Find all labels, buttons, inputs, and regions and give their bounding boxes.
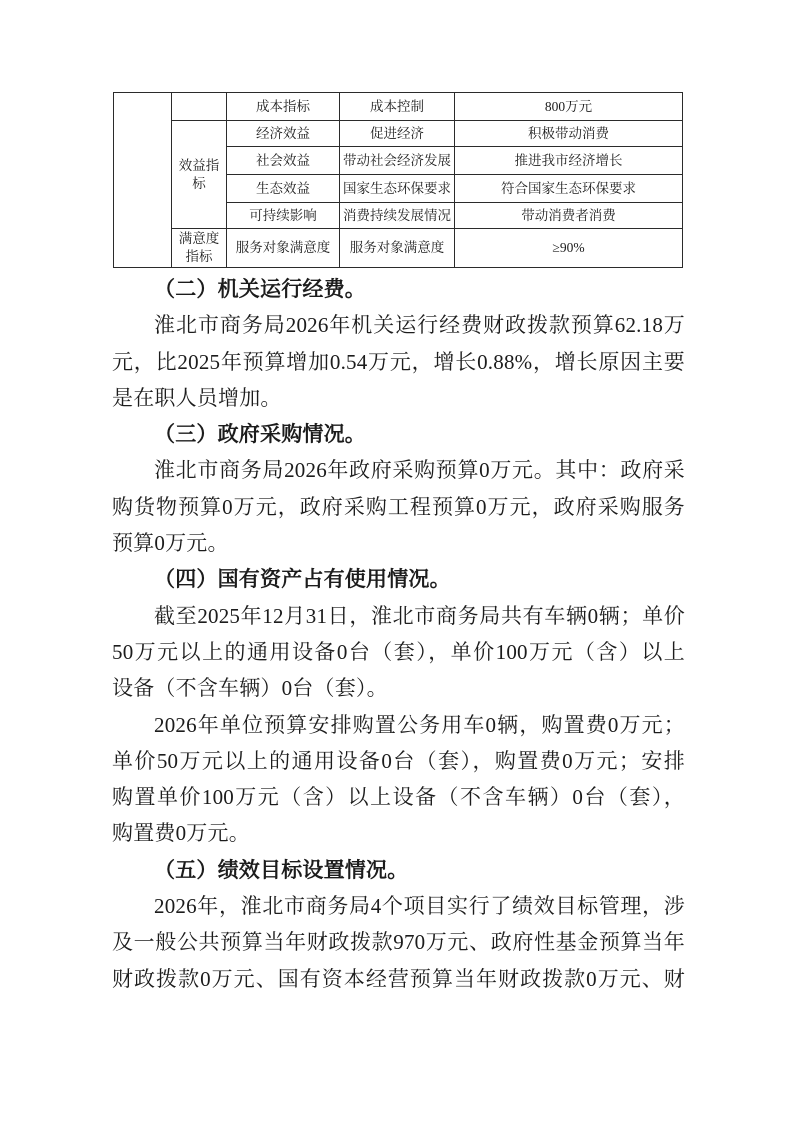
table-cell-indicator-name: 服务对象满意度 (227, 229, 340, 268)
document-body: （二）机关运行经费。 淮北市商务局2026年机关运行经费财政拨款预算62.18万… (112, 271, 685, 997)
table-cell-group-satisfaction: 满意度指标 (172, 229, 227, 268)
table-cell-metric: 成本控制 (340, 93, 455, 121)
section-heading-agency-operating-funds: （二）机关运行经费。 (112, 271, 685, 307)
text-line: 淮北市商务局2026年政府采购预算0万元。其中：政府采 (112, 452, 685, 488)
table-cell-indicator-name: 社会效益 (227, 147, 340, 175)
text-line: 购货物预算0万元，政府采购工程预算0万元，政府采购服务 (112, 489, 685, 525)
text-line: 财政拨款0万元、国有资本经营预算当年财政拨款0万元、财 (112, 961, 685, 997)
table-cell-metric: 消费持续发展情况 (340, 203, 455, 229)
text-line: 及一般公共预算当年财政拨款970万元、政府性基金预算当年 (112, 924, 685, 960)
text-line: 淮北市商务局2026年机关运行经费财政拨款预算62.18万 (112, 307, 685, 343)
table-cell-metric: 促进经济 (340, 121, 455, 147)
table-cell-indicator-name: 经济效益 (227, 121, 340, 147)
text-line: 2026年，淮北市商务局4个项目实行了绩效目标管理，涉 (112, 888, 685, 924)
table-row: 成本指标 成本控制 800万元 (114, 93, 683, 121)
table-cell-indicator-name: 可持续影响 (227, 203, 340, 229)
table-cell-indicator-name: 成本指标 (227, 93, 340, 121)
text-line: 是在职人员增加。 (112, 380, 685, 416)
table-cell-value: 800万元 (455, 93, 683, 121)
table-row: 效益指标 经济效益 促进经济 积极带动消费 (114, 121, 683, 147)
text-line: 元，比2025年预算增加0.54万元，增长0.88%，增长原因主要 (112, 344, 685, 380)
text-line: 截至2025年12月31日，淮北市商务局共有车辆0辆；单价 (112, 598, 685, 634)
table-cell-group-empty (172, 93, 227, 121)
section-heading-government-procurement: （三）政府采购情况。 (112, 416, 685, 452)
table-cell-metric: 带动社会经济发展 (340, 147, 455, 175)
section-heading-performance-targets: （五）绩效目标设置情况。 (112, 852, 685, 888)
table-cell-value: 积极带动消费 (455, 121, 683, 147)
document-page: 成本指标 成本控制 800万元 效益指标 经济效益 促进经济 积极带动消费 社会… (0, 0, 793, 1122)
table-cell-metric: 服务对象满意度 (340, 229, 455, 268)
table-cell-value: 带动消费者消费 (455, 203, 683, 229)
text-line: 预算0万元。 (112, 525, 685, 561)
table-cell-value: 推进我市经济增长 (455, 147, 683, 175)
text-line: 单价50万元以上的通用设备0台（套），购置费0万元；安排 (112, 743, 685, 779)
text-line: 购置单价100万元（含）以上设备（不含车辆）0台（套）， (112, 779, 685, 815)
text-line: 2026年单位预算安排购置公务用车0辆，购置费0万元； (112, 707, 685, 743)
table-row: 满意度指标 服务对象满意度 服务对象满意度 ≥90% (114, 229, 683, 268)
text-line: 设备（不含车辆）0台（套）。 (112, 670, 685, 706)
section-heading-state-owned-assets: （四）国有资产占有使用情况。 (112, 561, 685, 597)
text-line: 50万元以上的通用设备0台（套），单价100万元（含）以上 (112, 634, 685, 670)
table-cell-group-benefit: 效益指标 (172, 121, 227, 229)
table-cell-value: 符合国家生态环保要求 (455, 175, 683, 203)
table-cell-indicator-name: 生态效益 (227, 175, 340, 203)
table-cell-empty-left (114, 93, 172, 268)
table-cell-value: ≥90% (455, 229, 683, 268)
text-line: 购置费0万元。 (112, 815, 685, 851)
table-cell-metric: 国家生态环保要求 (340, 175, 455, 203)
performance-indicators-table: 成本指标 成本控制 800万元 效益指标 经济效益 促进经济 积极带动消费 社会… (113, 92, 683, 268)
